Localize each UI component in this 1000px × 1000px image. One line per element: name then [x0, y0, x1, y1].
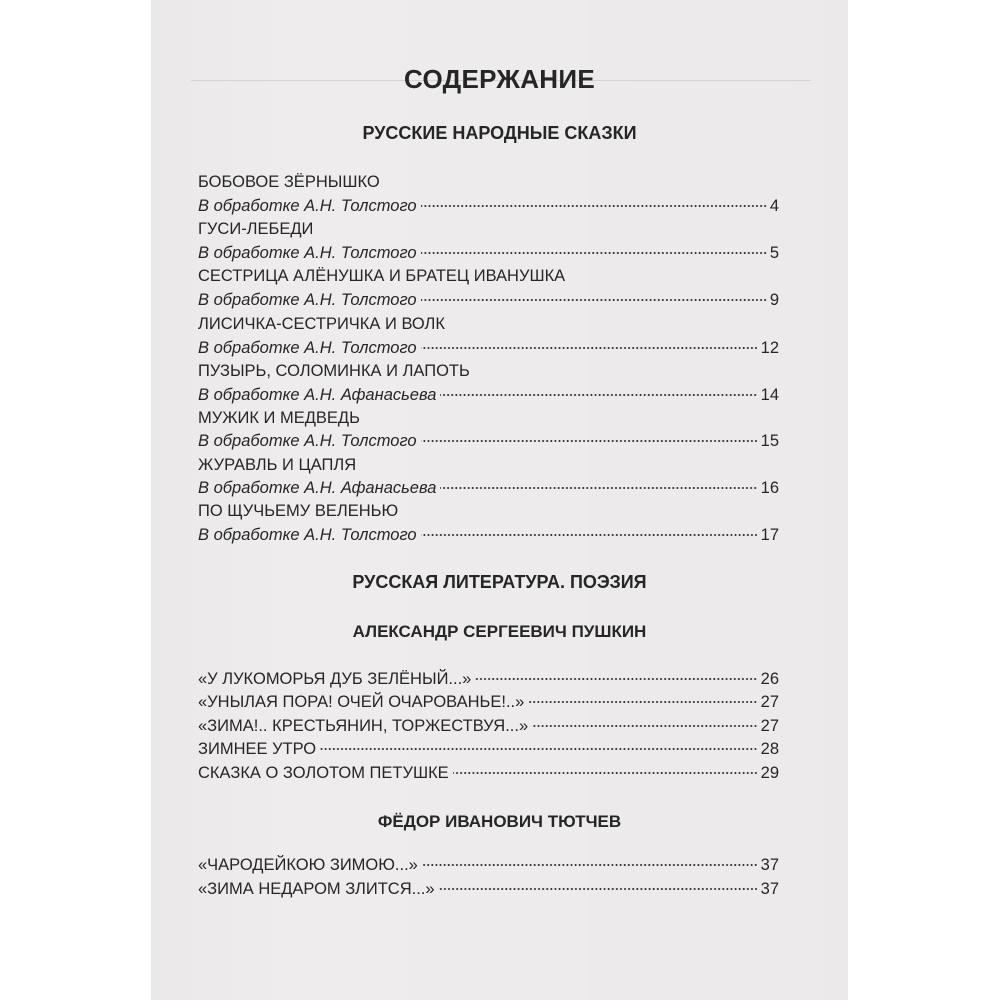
toc-entry-title[interactable]: СЕСТРИЦА АЛЁНУШКА И БРАТЕЦ ИВАНУШКА: [198, 267, 565, 286]
toc-entry-line[interactable]: СКАЗКА О ЗОЛОТОМ ПЕТУШКЕ 29: [198, 764, 779, 783]
toc-entry-title[interactable]: БОБОВОЕ ЗЁРНЫШКО: [198, 173, 380, 192]
toc-entry-line[interactable]: В обработке А.Н. Толстого 5: [198, 244, 779, 263]
toc-entry-subtitle: В обработке А.Н. Толстого: [198, 244, 417, 263]
toc-entry-line[interactable]: В обработке А.Н. Толстого 17: [198, 526, 779, 545]
toc-page-number: 29: [761, 764, 779, 783]
toc-entry-title[interactable]: МУЖИК И МЕДВЕДЬ: [198, 409, 360, 428]
book-page: СОДЕРЖАНИЕ РУССКИЕ НАРОДНЫЕ СКАЗКИ БОБОВ…: [151, 0, 848, 1000]
dot-leader: [320, 748, 758, 750]
dot-leader: [439, 888, 758, 890]
toc-entry-subtitle: В обработке А.Н. Толстого: [198, 432, 417, 451]
toc-entry-subtitle: В обработке А.Н. Афанасьева: [198, 479, 436, 498]
toc-entry-subtitle: В обработке А.Н. Толстого: [198, 197, 417, 216]
dot-leader: [532, 725, 758, 727]
toc-entry-line[interactable]: «ЗИМА!.. КРЕСТЬЯНИН, ТОРЖЕСТВУЯ...» 27: [198, 717, 779, 736]
toc-entry-line[interactable]: «У ЛУКОМОРЬЯ ДУБ ЗЕЛЁНЫЙ...» 26: [198, 670, 779, 689]
toc-entry-line[interactable]: ЗИМНЕЕ УТРО 28: [198, 740, 779, 759]
toc-page-number: 14: [761, 386, 779, 405]
toc-page-number: 27: [761, 717, 779, 736]
dot-leader: [528, 701, 757, 703]
toc-page-number: 16: [761, 479, 779, 498]
section-heading-folk-tales: РУССКИЕ НАРОДНЫЕ СКАЗКИ: [151, 123, 848, 144]
toc-entry-title: «ЧАРОДЕЙКОЮ ЗИМОЮ...»: [198, 856, 418, 875]
dot-leader: [453, 772, 758, 774]
toc-page-number: 9: [770, 291, 779, 310]
toc-entry-title[interactable]: ЛИСИЧКА-СЕСТРИЧКА И ВОЛК: [198, 315, 445, 334]
toc-entry-line[interactable]: В обработке А.Н. Афанасьева 16: [198, 479, 779, 498]
toc-page-number: 12: [761, 339, 779, 358]
toc-entry-line[interactable]: «ЗИМА НЕДАРОМ ЗЛИТСЯ...» 37: [198, 880, 779, 899]
toc-entry-subtitle: В обработке А.Н. Афанасьева: [198, 386, 436, 405]
page-title: СОДЕРЖАНИЕ: [151, 64, 848, 95]
toc-entry-subtitle: В обработке А.Н. Толстого: [198, 291, 417, 310]
toc-entry-line[interactable]: «УНЫЛАЯ ПОРА! ОЧЕЙ ОЧАРОВАНЬЕ!..» 27: [198, 693, 779, 712]
toc-entry-line[interactable]: В обработке А.Н. Толстого 4: [198, 197, 779, 216]
toc-entry-title: «У ЛУКОМОРЬЯ ДУБ ЗЕЛЁНЫЙ...»: [198, 670, 471, 689]
section-heading-poetry: РУССКАЯ ЛИТЕРАТУРА. ПОЭЗИЯ: [151, 572, 848, 593]
toc-entry-line[interactable]: В обработке А.Н. Толстого 12: [198, 339, 779, 358]
toc-page-number: 37: [761, 856, 779, 875]
toc-page-number: 37: [761, 880, 779, 899]
author-heading-pushkin: АЛЕКСАНДР СЕРГЕЕВИЧ ПУШКИН: [151, 622, 848, 642]
toc-entry-line[interactable]: «ЧАРОДЕЙКОЮ ЗИМОЮ...» 37: [198, 856, 779, 875]
toc-entry-subtitle: В обработке А.Н. Толстого: [198, 526, 417, 545]
toc-entry-title: «ЗИМА!.. КРЕСТЬЯНИН, ТОРЖЕСТВУЯ...»: [198, 717, 528, 736]
toc-entry-title: «ЗИМА НЕДАРОМ ЗЛИТСЯ...»: [198, 880, 435, 899]
toc-entry-title[interactable]: ПУЗЫРЬ, СОЛОМИНКА И ЛАПОТЬ: [198, 362, 470, 381]
toc-entry-title: «УНЫЛАЯ ПОРА! ОЧЕЙ ОЧАРОВАНЬЕ!..»: [198, 693, 524, 712]
dot-leader: [421, 299, 767, 301]
toc-entry-line[interactable]: В обработке А.Н. Толстого 9: [198, 291, 779, 310]
toc-entry-title: ЗИМНЕЕ УТРО: [198, 740, 316, 759]
toc-page-number: 5: [770, 244, 779, 263]
dot-leader: [440, 487, 757, 489]
toc-entry-subtitle: В обработке А.Н. Толстого: [198, 339, 417, 358]
toc-entry-line[interactable]: В обработке А.Н. Афанасьева 14: [198, 386, 779, 405]
dot-leader: [421, 440, 758, 442]
toc-entry-title: СКАЗКА О ЗОЛОТОМ ПЕТУШКЕ: [198, 764, 449, 783]
dot-leader: [475, 678, 757, 680]
dot-leader: [421, 252, 767, 254]
dot-leader: [421, 347, 758, 349]
author-heading-tyutchev: ФЁДОР ИВАНОВИЧ ТЮТЧЕВ: [151, 812, 848, 832]
dot-leader: [422, 864, 758, 866]
dot-leader: [421, 205, 767, 207]
toc-page-number: 15: [761, 432, 779, 451]
toc-entry-line[interactable]: В обработке А.Н. Толстого 15: [198, 432, 779, 451]
toc-entry-title[interactable]: ЖУРАВЛЬ И ЦАПЛЯ: [198, 456, 356, 475]
toc-page-number: 26: [761, 670, 779, 689]
dot-leader: [440, 394, 757, 396]
toc-entry-title[interactable]: ПО ЩУЧЬЕМУ ВЕЛЕНЬЮ: [198, 502, 398, 521]
toc-page-number: 27: [761, 693, 779, 712]
toc-page-number: 28: [761, 740, 779, 759]
toc-page-number: 4: [770, 197, 779, 216]
dot-leader: [421, 534, 758, 536]
toc-entry-title[interactable]: ГУСИ-ЛЕБЕДИ: [198, 220, 313, 239]
toc-page-number: 17: [761, 526, 779, 545]
